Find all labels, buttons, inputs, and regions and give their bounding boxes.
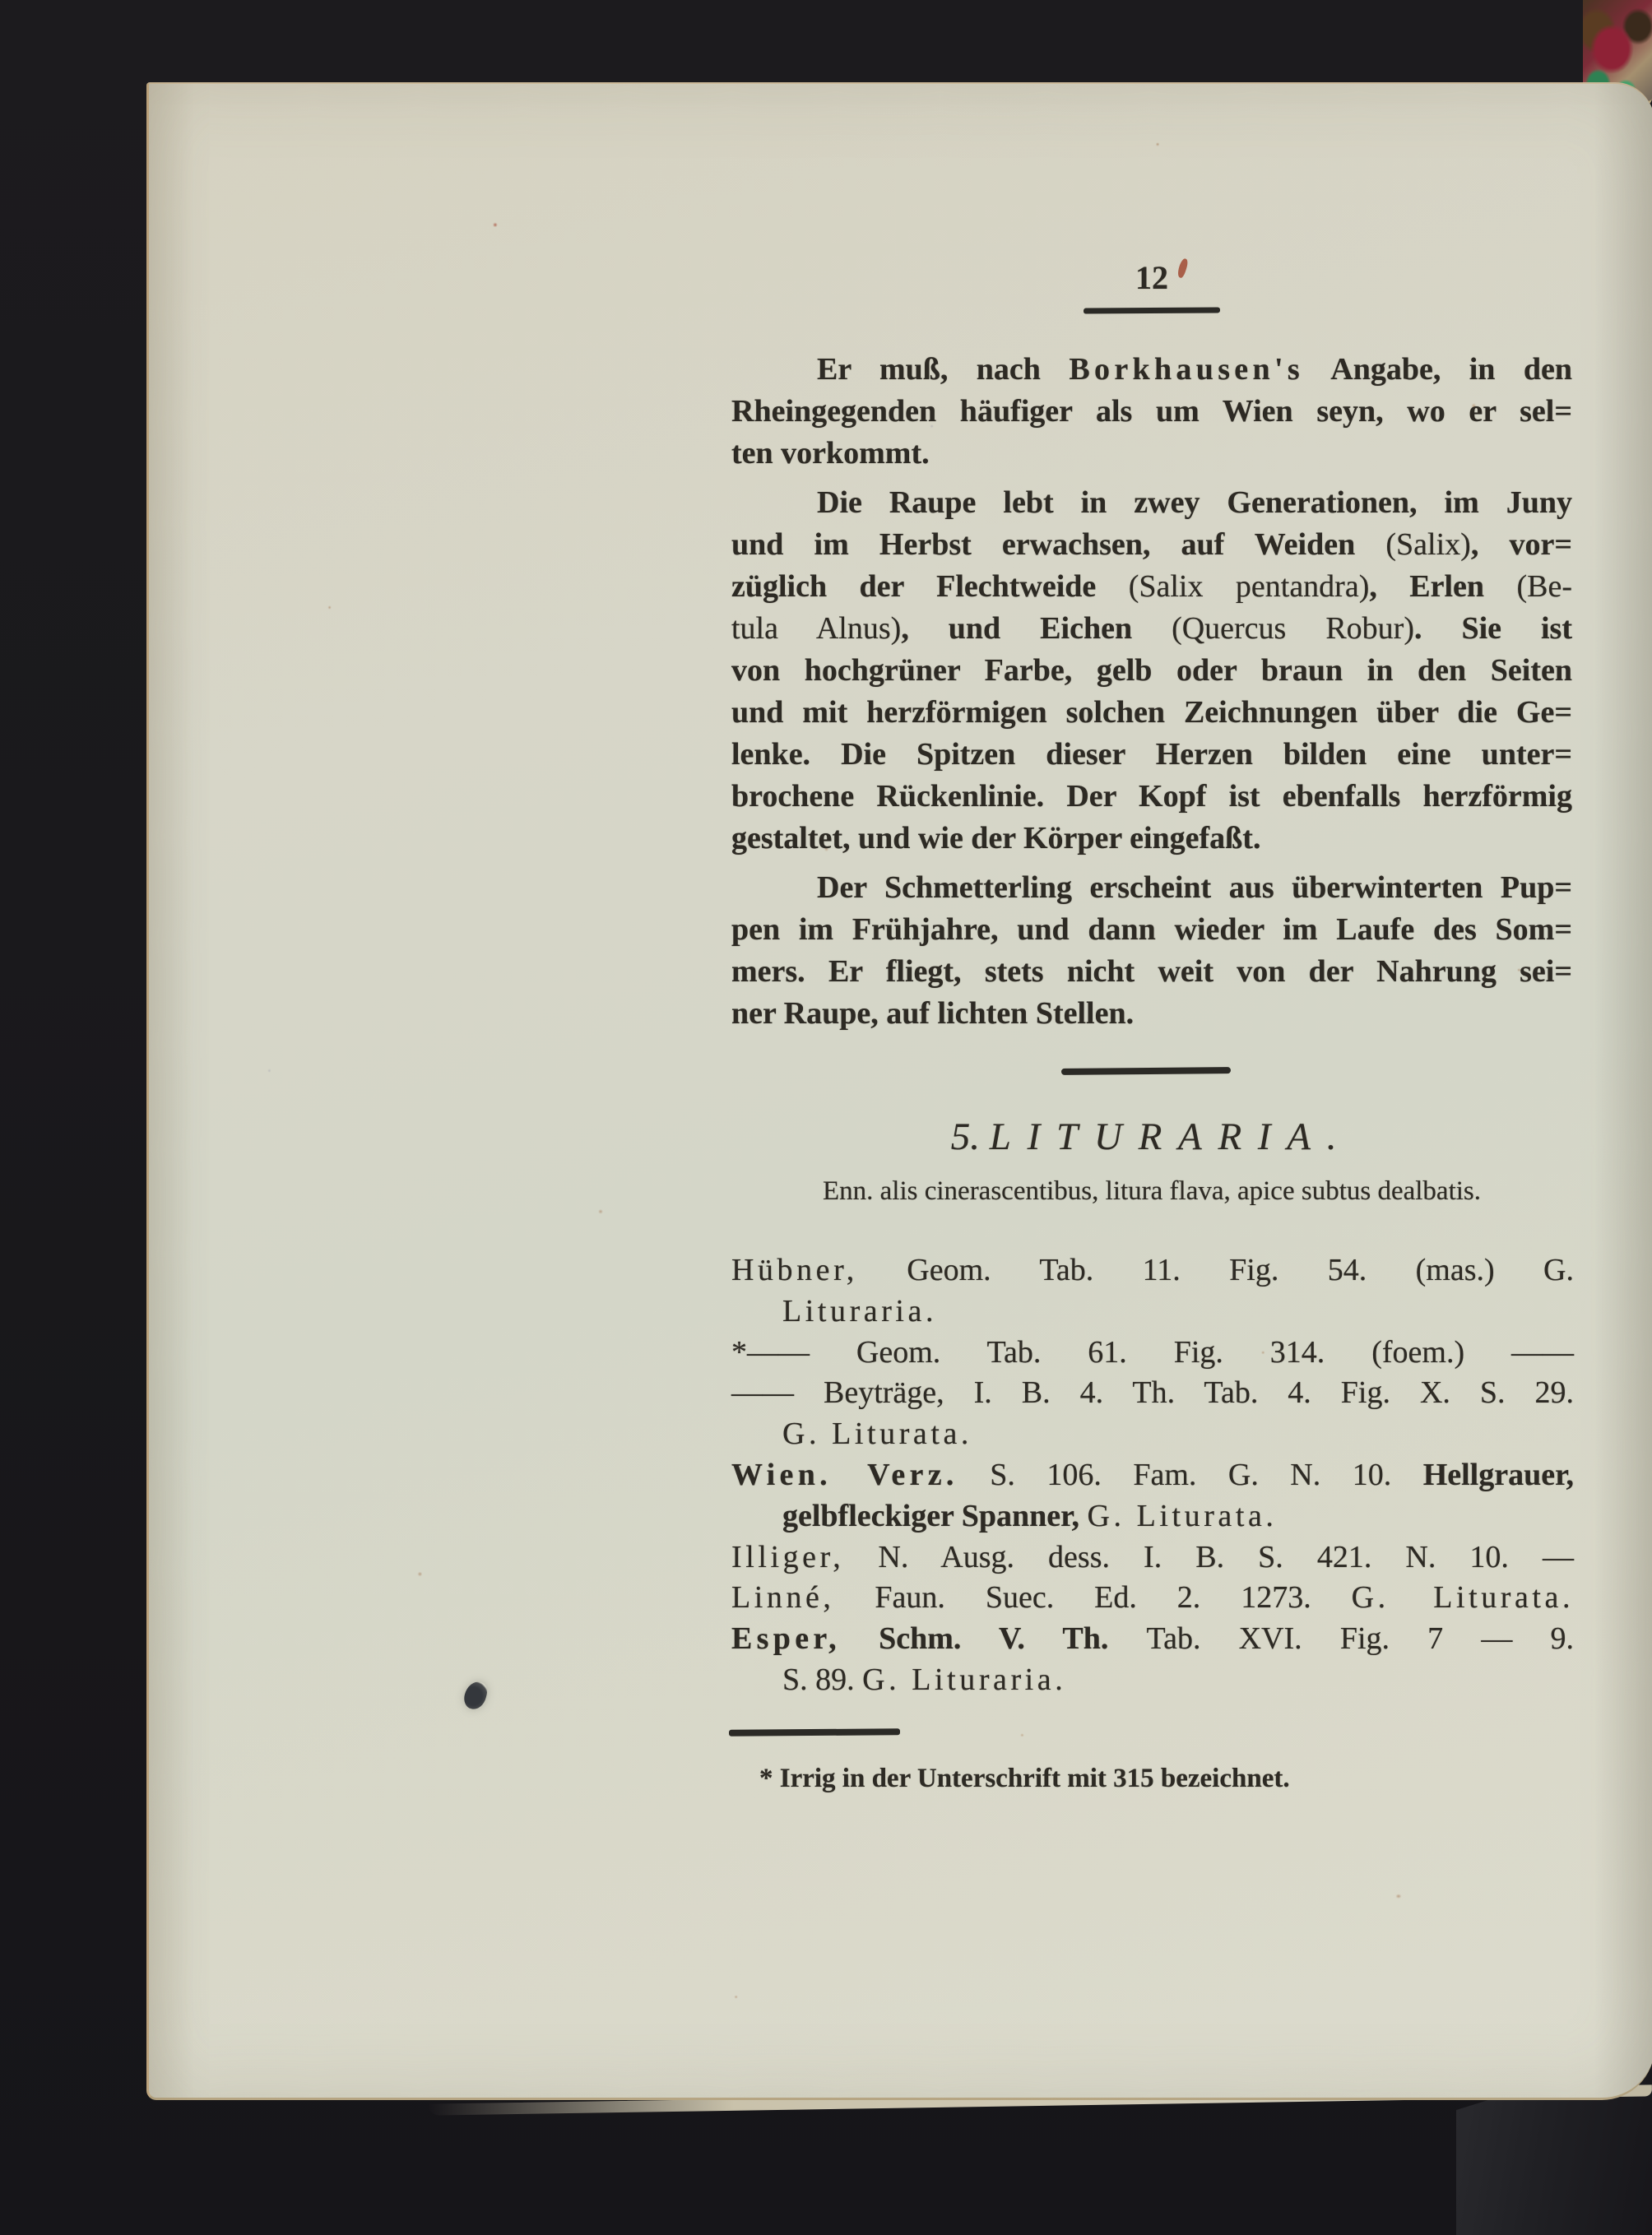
- text-line: und mit herzförmigen solchen Zeichnungen…: [731, 692, 1572, 734]
- text-line: Linné, Faun. Suec. Ed. 2. 1273. G. Litur…: [731, 1578, 1574, 1619]
- text-segment: Er muß, nach: [817, 352, 1069, 387]
- text-segment: , vor=: [1471, 527, 1572, 562]
- latin-diagnosis: Enn. alis cinerascentibus, litura flava,…: [731, 1175, 1572, 1208]
- text-segment: (Be-: [1516, 569, 1572, 604]
- text-segment: Illiger,: [731, 1540, 844, 1574]
- text-segment: Hellgrauer,: [1423, 1458, 1574, 1492]
- text-segment: Tab. XVI. Fig. 7 — 9.: [1147, 1621, 1574, 1656]
- text-segment: Lituraria.: [782, 1294, 937, 1328]
- ink-blot: [462, 1679, 489, 1711]
- text-segment: ten vorkommt.: [731, 436, 930, 471]
- text-segment: Esper,: [731, 1621, 841, 1656]
- text-segment: G. Liturata.: [1088, 1499, 1278, 1533]
- text-segment: brochene Rückenlinie. Der Kopf ist ebenf…: [731, 779, 1572, 814]
- text-line: S. 89. G. Lituraria.: [731, 1660, 1574, 1701]
- text-line: —— Beyträge, I. B. 4. Th. Tab. 4. Fig. X…: [731, 1373, 1574, 1414]
- text-line: und im Herbst erwachsen, auf Weiden (Sal…: [731, 524, 1572, 566]
- text-line: Die Raupe lebt in zwey Generationen, im …: [731, 482, 1572, 524]
- text-line: gestaltet, und wie der Körper eingefaßt.: [731, 818, 1572, 860]
- text-segment: —— Beyträge, I. B. 4. Th. Tab. 4. Fig. X…: [731, 1375, 1574, 1410]
- text-line: tula Alnus), und Eichen (Quercus Robur).…: [731, 608, 1572, 650]
- text-segment: G. Liturata.: [1352, 1580, 1574, 1615]
- text-line: ner Raupe, auf lichten Stellen.: [731, 993, 1572, 1035]
- text-segment: und mit herzförmigen solchen Zeichnungen…: [731, 695, 1572, 730]
- text-line: gelbfleckiger Spanner, G. Liturata.: [731, 1496, 1574, 1537]
- text-segment: (Salix): [1385, 527, 1470, 562]
- text-line: ten vorkommt.: [731, 433, 1572, 475]
- text-segment: lenke. Die Spitzen dieser Herzen bilden …: [731, 737, 1572, 772]
- text-segment: , und Eichen: [901, 611, 1172, 646]
- text-line: *—— Geom. Tab. 61. Fig. 314. (foem.) ——: [731, 1333, 1574, 1374]
- text-segment: G. Lituraria.: [862, 1662, 1066, 1697]
- text-segment: G. Liturata.: [782, 1417, 972, 1451]
- text-line: lenke. Die Spitzen dieser Herzen bilden …: [731, 734, 1572, 776]
- text-segment: Geom. Tab. 11. Fig. 54. (mas.) G.: [858, 1253, 1574, 1287]
- text-line: Illiger, N. Ausg. dess. I. B. S. 421. N.…: [731, 1537, 1574, 1579]
- text-segment: gestaltet, und wie der Körper eingefaßt.: [731, 821, 1260, 856]
- text-segment: Borkhausen's: [1069, 352, 1304, 387]
- text-line: Der Schmetterling erscheint aus überwint…: [731, 867, 1572, 909]
- text-line: Lituraria.: [731, 1291, 1574, 1333]
- text-segment: züglich der Flechtweide: [731, 569, 1129, 604]
- text-segment: gelbfleckiger Spanner,: [782, 1499, 1088, 1533]
- text-segment: von hochgrüner Farbe, gelb oder braun in…: [731, 653, 1572, 688]
- text-segment: , Erlen: [1369, 569, 1516, 604]
- footnote: * Irrig in der Unterschrift mit 315 beze…: [759, 1762, 1549, 1795]
- text-segment: Rheingegenden häufiger als um Wien seyn,…: [731, 394, 1572, 429]
- page-number-rule: [1084, 307, 1220, 313]
- text-line: G. Liturata.: [731, 1414, 1574, 1455]
- text-line: Wien. Verz. S. 106. Fam. G. N. 10. Hellg…: [731, 1455, 1574, 1496]
- text-segment: und im Herbst erwachsen, auf Weiden: [731, 527, 1385, 562]
- text-segment: . Sie ist: [1414, 611, 1572, 646]
- text-line: pen im Frühjahre, und dann wieder im Lau…: [731, 909, 1572, 951]
- text-segment: Faun. Suec. Ed. 2. 1273.: [835, 1580, 1352, 1615]
- text-segment: Angabe, in den: [1304, 352, 1572, 387]
- bibliography-list: Hübner, Geom. Tab. 11. Fig. 54. (mas.) G…: [731, 1250, 1574, 1701]
- text-segment: Die Raupe lebt in zwey Generationen, im …: [817, 485, 1572, 520]
- text-segment: *—— Geom. Tab. 61. Fig. 314. (foem.) ——: [731, 1335, 1574, 1370]
- paragraph: Der Schmetterling erscheint aus überwint…: [731, 867, 1572, 1035]
- text-segment: tula Alnus): [731, 611, 901, 646]
- book-scan: 12 Er muß, nach Borkhausen's Angabe, in …: [0, 0, 1652, 2235]
- text-segment: Der Schmetterling erscheint aus überwint…: [817, 870, 1572, 905]
- page-number: 12: [1065, 258, 1238, 297]
- text-line: Er muß, nach Borkhausen's Angabe, in den: [731, 349, 1572, 391]
- section-heading: 5. LITURARIA.: [731, 1114, 1572, 1160]
- footnote-rule: [729, 1728, 900, 1736]
- paragraph: Er muß, nach Borkhausen's Angabe, in den…: [731, 349, 1572, 475]
- text-line: von hochgrüner Farbe, gelb oder braun in…: [731, 650, 1572, 692]
- section-divider-rule: [1061, 1067, 1231, 1075]
- paragraph: Die Raupe lebt in zwey Generationen, im …: [731, 482, 1572, 860]
- text-segment: N. Ausg. dess. I. B. S. 421. N. 10. —: [844, 1540, 1574, 1574]
- text-segment: S. 89.: [782, 1662, 862, 1697]
- text-segment: ner Raupe, auf lichten Stellen.: [731, 996, 1134, 1031]
- text-segment: Hübner,: [731, 1253, 858, 1287]
- text-segment: Wien. Verz.: [731, 1458, 958, 1492]
- text-segment: pen im Frühjahre, und dann wieder im Lau…: [731, 912, 1572, 947]
- text-line: Hübner, Geom. Tab. 11. Fig. 54. (mas.) G…: [731, 1250, 1574, 1291]
- text-line: mers. Er fliegt, stets nicht weit von de…: [731, 951, 1572, 993]
- text-segment: Linné,: [731, 1580, 835, 1615]
- text-line: züglich der Flechtweide (Salix pentandra…: [731, 566, 1572, 608]
- text-segment: 5.: [951, 1115, 990, 1158]
- text-line: brochene Rückenlinie. Der Kopf ist ebenf…: [731, 776, 1572, 818]
- text-segment: Schm. V. Th.: [841, 1621, 1147, 1656]
- text-segment: (Quercus Robur): [1172, 611, 1414, 646]
- text-segment: LITURARIA.: [990, 1115, 1353, 1158]
- text-line: Rheingegenden häufiger als um Wien seyn,…: [731, 391, 1572, 433]
- body-text: Er muß, nach Borkhausen's Angabe, in den…: [731, 349, 1572, 1042]
- book-page: 12 Er muß, nach Borkhausen's Angabe, in …: [146, 82, 1652, 2100]
- text-line: Esper, Schm. V. Th. Tab. XVI. Fig. 7 — 9…: [731, 1619, 1574, 1660]
- text-segment: (Salix pentandra): [1129, 569, 1370, 604]
- text-segment: mers. Er fliegt, stets nicht weit von de…: [731, 954, 1572, 989]
- text-segment: S. 106. Fam. G. N. 10.: [958, 1458, 1423, 1492]
